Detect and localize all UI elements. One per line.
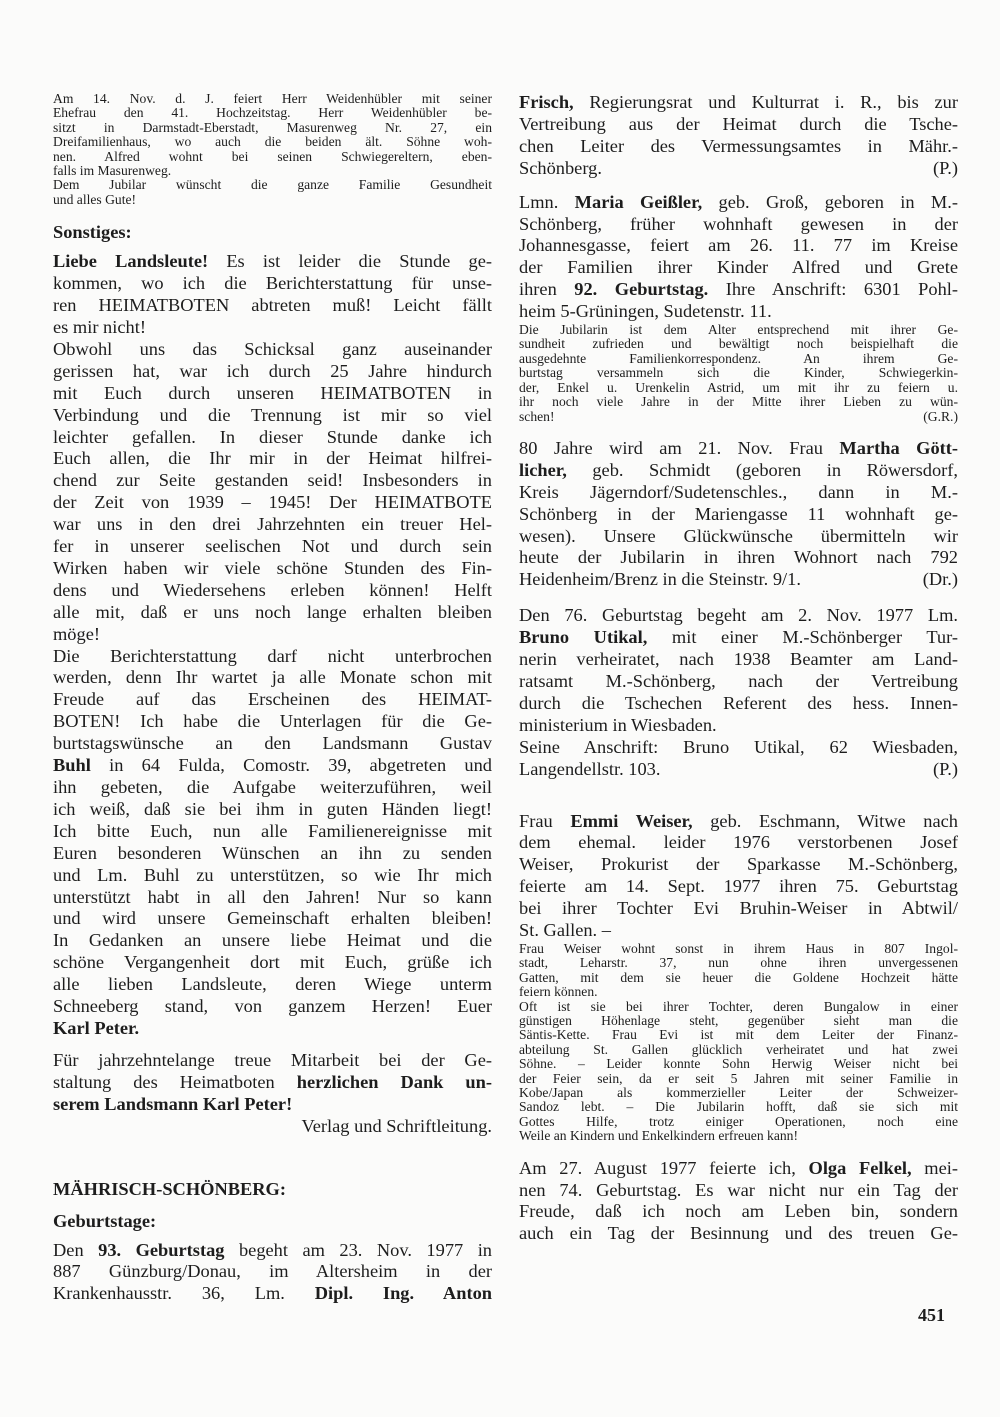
text-line: fer in unserer seelischen Not und durch … <box>53 536 492 558</box>
text-line: Frau Weiser wohnt sonst in ihrem Haus in… <box>519 942 958 956</box>
text-line: kommen, wo ich die Berichterstattung für… <box>53 273 492 295</box>
author-initials: (P.) <box>933 759 958 781</box>
text-line: Wirken haben wir viele schöne Stunden de… <box>53 558 492 580</box>
text-line: und Lm. Buhl zu unterstützen, so wie Ihr… <box>53 865 492 887</box>
text-line: Oft ist sie bei ihrer Tochter, deren Bun… <box>519 1000 958 1014</box>
text-line: alle mit, daß er uns noch lange erhalten… <box>53 602 492 624</box>
right-column: Frisch, Regierungsrat und Kulturrat i. R… <box>519 92 958 1245</box>
text-line: Euch allen, die Ihr mir in der Heimat hi… <box>53 448 492 470</box>
weidenhuebler-anniversary-notice: Am 14. Nov. d. J. feiert Herr Weidenhübl… <box>53 92 492 207</box>
text-line: sundheit zufrieden und bewältigt noch be… <box>519 337 958 351</box>
text-line: Gatten, mit dem sie heuer die Goldene Ho… <box>519 971 958 985</box>
text-line: Weile an Kindern und Enkelkindern erfreu… <box>519 1129 958 1143</box>
text-line: Verbindung und die Trennung ist mir so v… <box>53 405 492 427</box>
text-line: Gottes Hilfe, trotz einiger Operationen,… <box>519 1115 958 1129</box>
section-heading-maehrisch-schoenberg: MÄHRISCH-SCHÖNBERG: <box>53 1178 492 1200</box>
publisher-signoff: Verlag und Schriftleitung. <box>53 1116 492 1138</box>
text-line: dens und Wiedersehens erleben können! He… <box>53 580 492 602</box>
text-line: möge! <box>53 624 492 646</box>
text-line: Ehefrau den 41. Hochzeitstag. Herr Weide… <box>53 106 492 120</box>
text-line: Söhne. – Leider konnte Sohn Herwig Weise… <box>519 1057 958 1071</box>
text-line: es mir nicht! <box>53 317 492 339</box>
text-line: alle lieben Landsleute, deren Wiege unte… <box>53 974 492 996</box>
text-line: war uns in den drei Jahrzehnten ein treu… <box>53 514 492 536</box>
text-line: Freude auf das Erscheinen des HEIMAT- <box>53 689 492 711</box>
text-line: ren HEIMATBOTEN abtreten muß! Leicht fäl… <box>53 295 492 317</box>
text-line: Die Berichterstattung darf nicht unterbr… <box>53 646 492 668</box>
author-initials: (Dr.) <box>923 569 958 591</box>
page-number: 451 <box>918 1305 945 1326</box>
text-line: ihr noch viele Jahre in der Mitte ihrer … <box>519 395 958 409</box>
frisch-birthday-notice-start: Den 93. Geburtstag begeht am 23. Nov. 19… <box>53 1240 492 1306</box>
text-line: Euren besonderen Wünschen an ihn zu send… <box>53 843 492 865</box>
farewell-letter: Liebe Landsleute! Es ist leider die Stun… <box>53 251 492 1040</box>
text-line: gerissen hat, war ich durch 25 Jahre hin… <box>53 361 492 383</box>
weiser-birthday-notice: Frau Emmi Weiser, geb. Eschmann, Witwe n… <box>519 811 958 942</box>
text-line: Kobe/Japan als kommerzieller Leiter der … <box>519 1086 958 1100</box>
text-line: ich weiß, daß sie bei ihm in guten Hände… <box>53 799 492 821</box>
text-line: und wird unsere Gemeinschaft erhalten bl… <box>53 908 492 930</box>
left-column: Am 14. Nov. d. J. feiert Herr Weidenhübl… <box>53 92 492 1305</box>
farewell-greeting: Liebe Landsleute! <box>53 251 208 271</box>
geissler-details: Die Jubilarin ist dem Alter entsprechend… <box>519 323 958 424</box>
text-line: und alles Gute! <box>53 193 492 207</box>
text-line: Schneeberg stand, von ganzem Herzen! Eue… <box>53 996 492 1018</box>
magazine-page: Am 14. Nov. d. J. feiert Herr Weidenhübl… <box>0 0 1000 1417</box>
utikal-birthday-notice: Den 76. Geburtstag begeht am 2. Nov. 197… <box>519 605 958 780</box>
text-line: falls im Masurenweg. <box>53 164 492 178</box>
text-line: BOTEN! Ich habe die Unterlagen für die G… <box>53 711 492 733</box>
thanks-note: Für jahrzehntelange treue Mitarbeit bei … <box>53 1050 492 1138</box>
text-line: Dreifamilienhaus, wo auch die beiden ält… <box>53 135 492 149</box>
text-line: chend zur Seite gestanden seid! Insbeson… <box>53 470 492 492</box>
goettlicher-birthday-notice: 80 Jahre wird am 21. Nov. Frau Martha Gö… <box>519 438 958 591</box>
text-line: leichter gefallen. In dieser Stunde dank… <box>53 427 492 449</box>
felkel-birthday-notice: Am 27. August 1977 feierte ich, Olga Fel… <box>519 1158 958 1246</box>
author-initials: (P.) <box>933 158 958 180</box>
text-line: Obwohl uns das Schicksal ganz auseinande… <box>53 339 492 361</box>
text-line: Säntis-Kette. Frau Evi ist mit dem Leite… <box>519 1028 958 1042</box>
weiser-details: Frau Weiser wohnt sonst in ihrem Haus in… <box>519 942 958 1144</box>
text-line: Ich bitte Euch, nun alle Familienereigni… <box>53 821 492 843</box>
text-line: günstigen Höhenlage steht, gegenüber sie… <box>519 1014 958 1028</box>
signature-karl-peter: Karl Peter. <box>53 1018 139 1038</box>
text-line: Dem Jubilar wünscht die ganze Familie Ge… <box>53 178 492 192</box>
text-line: der Zeit von 1939 – 1945! Der HEIMATBOTE <box>53 492 492 514</box>
text-line: abteilung St. Gallen glücklich verheirat… <box>519 1043 958 1057</box>
text-line: der, Enkel u. Urenkelin Astrid, um mit i… <box>519 381 958 395</box>
subheading-geburtstage: Geburtstage: <box>53 1210 492 1232</box>
text-line: nen. Alfred wohnt bei seinen Schwiegerel… <box>53 150 492 164</box>
geissler-birthday-notice: Lmn. Maria Geißler, geb. Groß, geboren i… <box>519 192 958 323</box>
frisch-birthday-notice-cont: Frisch, Regierungsrat und Kulturrat i. R… <box>519 92 958 180</box>
text-line: unterstützt habt in all den Jahren! Nur … <box>53 887 492 909</box>
text-line: werden, denn Ihr wartet ja alle Monate s… <box>53 667 492 689</box>
text-line: In Gedanken an unsere liebe Heimat und d… <box>53 930 492 952</box>
text-line: burtstagswünsche an den Landsmann Gustav <box>53 733 492 755</box>
text-line: ihn gebeten, die Aufgabe weiterzuführen,… <box>53 777 492 799</box>
text-line: schöne Vergangenheit dort mit Euch, grüß… <box>53 952 492 974</box>
text-line: Sandoz lebt. – Die Jubilarin hofft, daß … <box>519 1100 958 1114</box>
text-line: Die Jubilarin ist dem Alter entsprechend… <box>519 323 958 337</box>
text-line: ausgedehnte Familienkorrespondenz. An ih… <box>519 352 958 366</box>
text-line: Am 14. Nov. d. J. feiert Herr Weidenhübl… <box>53 92 492 106</box>
section-heading-sonstiges: Sonstiges: <box>53 221 492 243</box>
author-initials: (G.R.) <box>923 410 958 424</box>
text-line: sitzt in Darmstadt-Eberstadt, Masurenweg… <box>53 121 492 135</box>
text-line: stadt, Leharstr. 37, nun ohne ihren unve… <box>519 956 958 970</box>
name-buhl: Buhl <box>53 755 91 775</box>
text-line: burtstag versammeln sich die Kinder, Sch… <box>519 366 958 380</box>
text-line: der Feier sein, da er seit 5 Jahren mit … <box>519 1072 958 1086</box>
text-line: mit Euch durch unseren HEIMATBOTEN in <box>53 383 492 405</box>
